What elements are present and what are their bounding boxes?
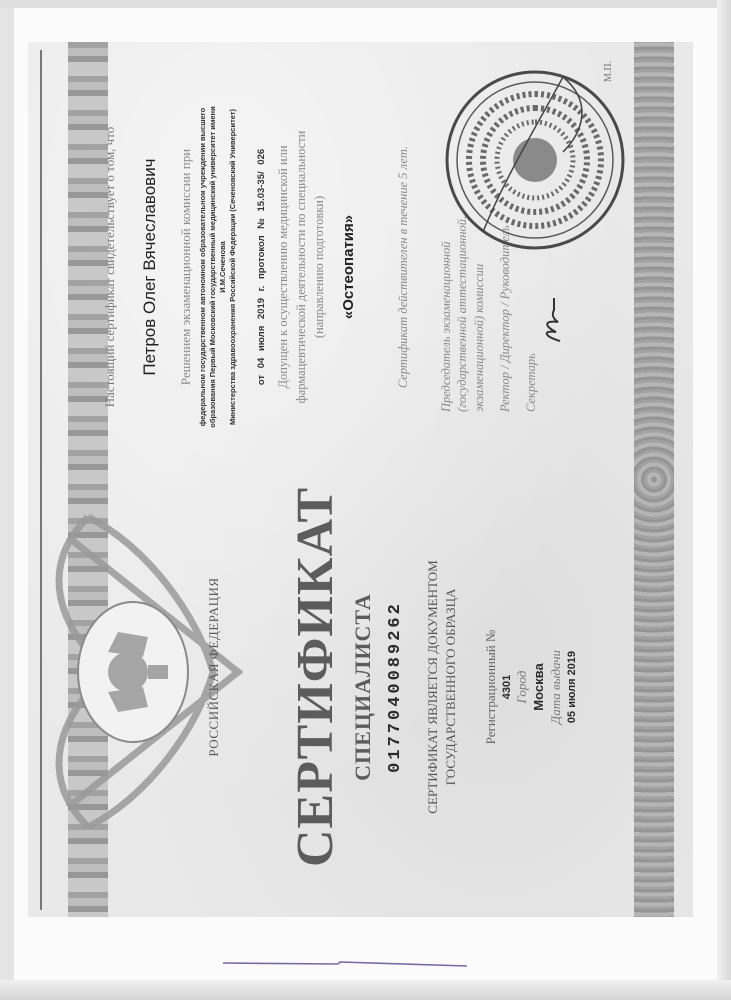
intro-text: Настоящий сертификат свидетельствует о т… [102, 72, 118, 462]
reg-number-label: Регистрационный № [483, 577, 500, 797]
official-seal-icon [443, 67, 628, 252]
state-document-note: СЕРТИФИКАТ ЯВЛЯЕТСЯ ДОКУМЕНТОМ ГОСУДАРСТ… [424, 507, 460, 867]
protocol-year-suffix: г. [256, 286, 267, 292]
protocol-line: от 04 июля 2019 г. протокол № 15.03-35/ … [256, 72, 267, 462]
issue-date-label: Дата выдачи [548, 577, 565, 797]
admitted-line-3: (направлению подготовки) [310, 72, 328, 462]
stamp-mark-label: М.П. [603, 61, 614, 82]
registration-block: Регистрационный № 4301 Город Москва Дата… [483, 577, 579, 797]
reg-number-value: 4301 [500, 577, 514, 797]
admitted-line-2: фармацевтической деятельности по специал… [292, 72, 310, 462]
organization-name: федеральном государственном автономном о… [198, 72, 239, 462]
issue-date-value: 05 июля 2019 [565, 577, 579, 797]
certificate-body: Настоящий сертификат свидетельствует о т… [28, 62, 693, 462]
scan-top-edge [0, 0, 731, 8]
certificate-number: 0177040089262 [386, 507, 405, 867]
protocol-from-label: от [256, 375, 267, 385]
certificate-title: СЕРТИФИКАТ [290, 507, 342, 867]
protocol-number: 15.03-35/ 026 [256, 149, 267, 212]
holder-name: Петров Олег Вячеславович [140, 72, 160, 462]
org-line-2: образования Первый Московский государств… [208, 72, 218, 462]
admitted-line-1: Допущен к осуществлению медицинской или [274, 72, 292, 462]
city-value: Москва [531, 577, 548, 797]
admission-text: Допущен к осуществлению медицинской или … [274, 72, 328, 462]
protocol-date: 04 июля 2019 [256, 298, 267, 368]
org-line-4: Министерства здравоохранения Российской … [228, 72, 238, 462]
validity-text: Сертификат действителен в течение 5 лет. [396, 72, 411, 462]
org-line-1: федеральном государственном автономном о… [198, 72, 208, 462]
state-document-line-2: ГОСУДАРСТВЕННОГО ОБРАЗЦА [442, 507, 460, 867]
org-line-3: И.М.Сеченова [218, 72, 228, 462]
city-label: Город [514, 577, 531, 797]
certificate-subtitle: СПЕЦИАЛИСТА [350, 507, 376, 867]
certificate-scan: РОССИЙСКАЯ ФЕДЕРАЦИЯ СЕРТИФИКАТ СПЕЦИАЛИ… [28, 42, 693, 917]
scan-right-edge [717, 0, 731, 1000]
coat-of-arms-emblem-icon [48, 507, 258, 837]
handwritten-underline-icon [223, 961, 467, 967]
protocol-number-label: протокол № [256, 218, 267, 279]
signature-scrawl-icon [538, 294, 568, 344]
scan-bottom-edge [0, 980, 731, 1000]
certificate-content: РОССИЙСКАЯ ФЕДЕРАЦИЯ СЕРТИФИКАТ СПЕЦИАЛИ… [28, 42, 693, 917]
state-document-line-1: СЕРТИФИКАТ ЯВЛЯЕТСЯ ДОКУМЕНТОМ [424, 507, 442, 867]
decision-text: Решением экзаменационной комиссии при [178, 72, 194, 462]
country-label: РОССИЙСКАЯ ФЕДЕРАЦИЯ [206, 517, 222, 817]
specialty-name: «Остеопатия» [340, 72, 357, 462]
